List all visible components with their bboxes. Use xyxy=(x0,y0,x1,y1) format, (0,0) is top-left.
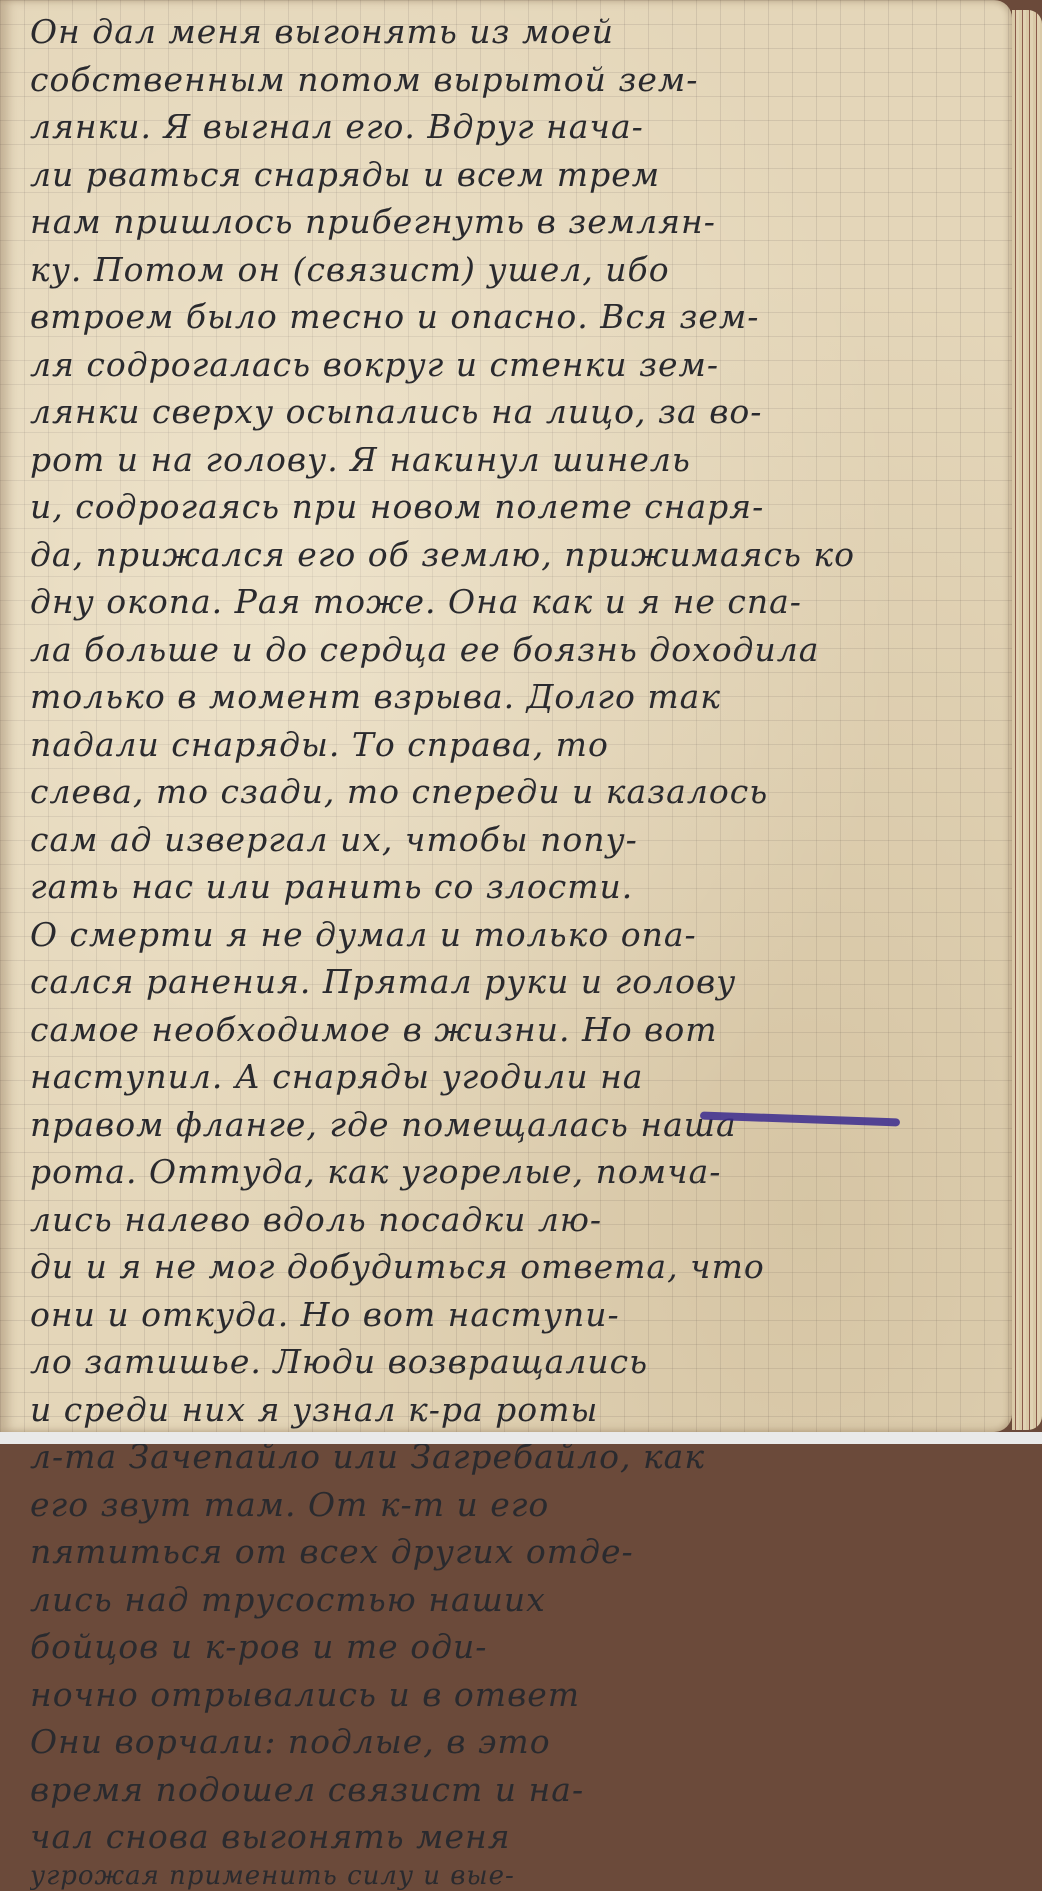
text-line: слева, то сзади, то спереди и казалось xyxy=(30,768,990,816)
text-line: лись налево вдоль посадки лю- xyxy=(30,1196,990,1244)
text-line: ди и я не мог добудиться ответа, что xyxy=(30,1243,990,1291)
text-line: и среди них я узнал к-ра роты xyxy=(30,1386,990,1434)
notebook-page: Он дал меня выгонять из моей собственным… xyxy=(0,0,1012,1432)
page-edges xyxy=(1012,10,1042,1430)
text-line: да, прижался его об землю, прижимаясь ко xyxy=(30,531,990,579)
text-line: падали снаряды. То справа, то xyxy=(30,721,990,769)
text-line: ла больше и до сердца ее боязнь доходила xyxy=(30,626,990,674)
text-line: втроем было тесно и опасно. Вся зем- xyxy=(30,293,990,341)
text-line: рот и на голову. Я накинул шинель xyxy=(30,436,990,484)
text-line: дну окопа. Рая тоже. Она как и я не спа- xyxy=(30,578,990,626)
text-line: самое необходимое в жизни. Но вот xyxy=(30,1006,990,1054)
text-line: Он дал меня выгонять из моей xyxy=(30,8,990,56)
text-line: лянки. Я выгнал его. Вдруг нача- xyxy=(30,103,990,151)
handwritten-text: Он дал меня выгонять из моей собственным… xyxy=(30,8,990,1444)
text-line: лянки сверху осыпались на лицо, за во- xyxy=(30,388,990,436)
text-line: О смерти я не думал и только опа- xyxy=(30,911,990,959)
text-line: они и откуда. Но вот наступи- xyxy=(30,1291,990,1339)
text-line: и, содрогаясь при новом полете снаря- xyxy=(30,483,990,531)
text-line: гать нас или ранить со злости. xyxy=(30,863,990,911)
text-line: рота. Оттуда, как угорелые, помча- xyxy=(30,1148,990,1196)
text-line: нам пришлось прибегнуть в землян- xyxy=(30,198,990,246)
text-line: ля содрогалась вокруг и стенки зем- xyxy=(30,341,990,389)
text-line: собственным потом вырытой зем- xyxy=(30,56,990,104)
text-line: наступил. А снаряды угодили на xyxy=(30,1053,990,1101)
text-line: только в момент взрыва. Долго так xyxy=(30,673,990,721)
scan-border xyxy=(0,1432,1042,1444)
text-line: сался ранения. Прятал руки и голову xyxy=(30,958,990,1006)
text-line: сам ад извергал их, чтобы попу- xyxy=(30,816,990,864)
text-line: ку. Потом он (связист) ушел, ибо xyxy=(30,246,990,294)
text-line: ли рваться снаряды и всем трем xyxy=(30,151,990,199)
text-line: ло затишье. Люди возвращались xyxy=(30,1338,990,1386)
